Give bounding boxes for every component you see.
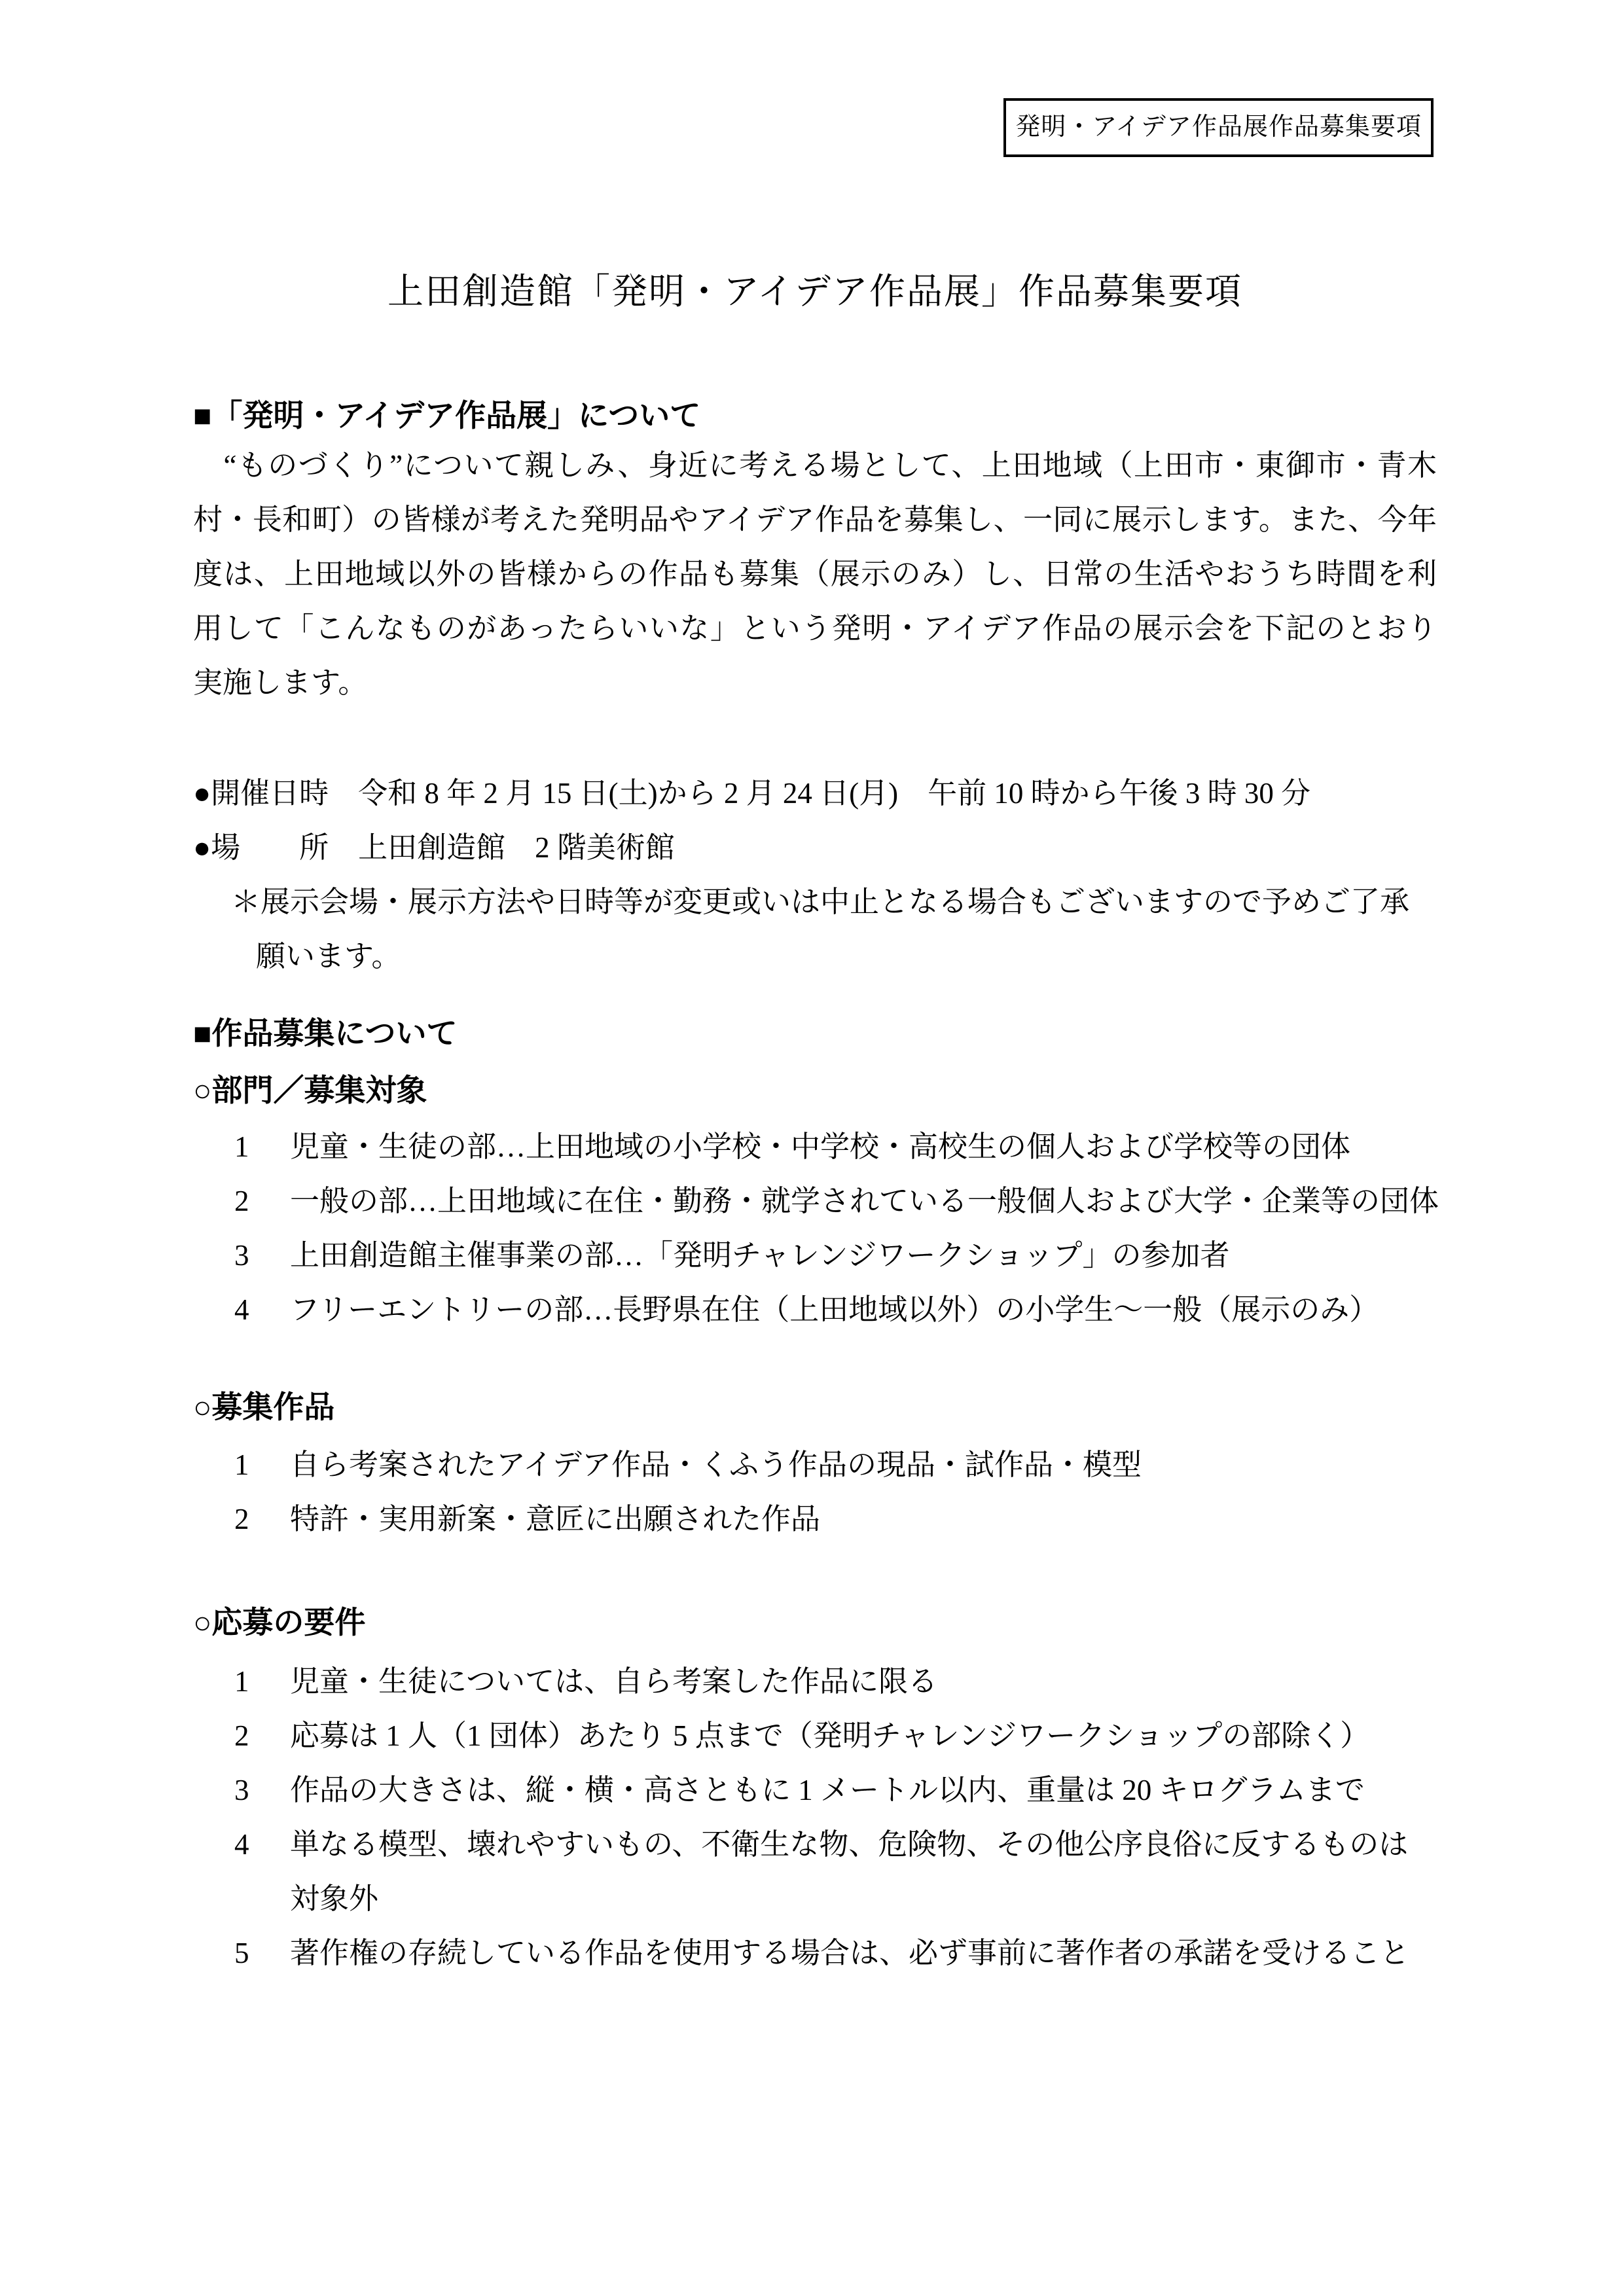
item-text: 特許・実用新案・意匠に出願された作品	[290, 1503, 820, 1535]
section-recruit-heading: ■作品募集について	[193, 1011, 1437, 1056]
category-item: 4フリーエントリーの部…長野県在住（上田地域以外）の小学生～一般（展示のみ）	[193, 1283, 1437, 1337]
requirement-item: 3作品の大きさは、縦・横・高さともに 1 メートル以内、重量は 20 キログラム…	[193, 1763, 1437, 1818]
subsection-requirements-heading: ○応募の要件	[193, 1596, 1437, 1651]
item-text: 一般の部…上田地域に在住・勤務・就学されている一般個人および大学・企業等の団体	[290, 1185, 1439, 1217]
subsection-works-heading: ○募集作品	[193, 1381, 1437, 1435]
item-text: 応募は 1 人（1 団体）あたり 5 点まで（発明チャレンジワークショップの部除…	[290, 1719, 1369, 1752]
category-item: 1児童・生徒の部…上田地域の小学校・中学校・高校生の個人および学校等の団体	[193, 1120, 1437, 1174]
item-text: フリーエントリーの部…長野県在住（上田地域以外）の小学生～一般（展示のみ）	[290, 1293, 1379, 1326]
item-text: 著作権の存続している作品を使用する場合は、必ず事前に著作者の承諾を受けること	[290, 1937, 1409, 1969]
requirement-item-continuation: 対象外	[193, 1872, 1437, 1926]
event-place-line: ●場 所 上田創造館 2 階美術館	[193, 821, 1437, 875]
event-datetime-line: ●開催日時 令和 8 年 2 月 15 日(土)から 2 月 24 日(月) 午…	[193, 766, 1437, 821]
item-number: 3	[234, 1763, 290, 1818]
item-number: 1	[234, 1120, 290, 1174]
item-text: 作品の大きさは、縦・横・高さともに 1 メートル以内、重量は 20 キログラムま…	[290, 1774, 1365, 1806]
item-text: 児童・生徒については、自ら考案した作品に限る	[290, 1665, 937, 1698]
category-item: 2一般の部…上田地域に在住・勤務・就学されている一般個人および大学・企業等の団体	[193, 1174, 1437, 1229]
about-paragraph-line: 実施します。	[193, 656, 1437, 710]
item-text: 児童・生徒の部…上田地域の小学校・中学校・高校生の個人および学校等の団体	[290, 1130, 1350, 1163]
event-info: ●開催日時 令和 8 年 2 月 15 日(土)から 2 月 24 日(月) 午…	[193, 766, 1437, 984]
about-paragraph-line: 度は、上田地域以外の皆様からの作品も募集（展示のみ）し、日常の生活やおうち時間を…	[193, 547, 1437, 601]
section-about-heading: ■「発明・アイデア作品展」について	[193, 393, 1437, 439]
about-paragraph-line: 用して「こんなものがあったらいいな」という発明・アイデア作品の展示会を下記のとお…	[193, 601, 1437, 656]
item-number: 2	[234, 1492, 290, 1547]
item-number: 3	[234, 1229, 290, 1283]
subsection-categories-heading: ○部門／募集対象	[193, 1064, 1437, 1119]
document-page: 発明・アイデア作品展作品募集要項 上田創造館「発明・アイデア作品展」作品募集要項…	[0, 0, 1624, 2296]
item-number: 2	[234, 1174, 290, 1229]
requirement-item: 4単なる模型、壊れやすいもの、不衛生な物、危険物、その他公序良俗に反するものは	[193, 1818, 1437, 1872]
item-number: 4	[234, 1283, 290, 1337]
work-item: 2特許・実用新案・意匠に出願された作品	[193, 1492, 1437, 1547]
document-title: 上田創造館「発明・アイデア作品展」作品募集要項	[193, 264, 1437, 319]
about-paragraph-line: “ものづくり”について親しみ、身近に考える場として、上田地域（上田市・東御市・青…	[193, 439, 1437, 493]
event-note-line-2: 願います。	[193, 929, 1437, 984]
categories-list: 1児童・生徒の部…上田地域の小学校・中学校・高校生の個人および学校等の団体 2一…	[193, 1120, 1437, 1337]
item-number: 1	[234, 1655, 290, 1709]
requirement-item: 1児童・生徒については、自ら考案した作品に限る	[193, 1655, 1437, 1709]
item-number: 1	[234, 1438, 290, 1492]
item-number: 5	[234, 1926, 290, 1981]
requirement-item: 2応募は 1 人（1 団体）あたり 5 点まで（発明チャレンジワークショップの部…	[193, 1709, 1437, 1763]
item-text: 単なる模型、壊れやすいもの、不衛生な物、危険物、その他公序良俗に反するものは	[290, 1828, 1408, 1861]
about-paragraph: “ものづくり”について親しみ、身近に考える場として、上田地域（上田市・東御市・青…	[193, 439, 1437, 710]
requirements-list: 1児童・生徒については、自ら考案した作品に限る 2応募は 1 人（1 団体）あた…	[193, 1655, 1437, 1981]
work-item: 1自ら考案されたアイデア作品・くふう作品の現品・試作品・模型	[193, 1438, 1437, 1492]
about-paragraph-line: 村・長和町）の皆様が考えた発明品やアイデア作品を募集し、一同に展示します。また、…	[193, 493, 1437, 547]
item-number: 2	[234, 1709, 290, 1763]
item-text: 自ら考案されたアイデア作品・くふう作品の現品・試作品・模型	[290, 1448, 1142, 1481]
category-item: 3上田創造館主催事業の部…「発明チャレンジワークショップ」の参加者	[193, 1229, 1437, 1283]
document-content: 上田創造館「発明・アイデア作品展」作品募集要項 ■「発明・アイデア作品展」につい…	[193, 0, 1437, 1981]
item-text: 上田創造館主催事業の部…「発明チャレンジワークショップ」の参加者	[290, 1239, 1230, 1272]
event-note-line-1: ＊展示会場・展示方法や日時等が変更或いは中止となる場合もございますので予めご了承	[193, 875, 1437, 929]
works-list: 1自ら考案されたアイデア作品・くふう作品の現品・試作品・模型 2特許・実用新案・…	[193, 1438, 1437, 1547]
item-number: 4	[234, 1818, 290, 1872]
requirement-item: 5著作権の存続している作品を使用する場合は、必ず事前に著作者の承諾を受けること	[193, 1926, 1437, 1981]
